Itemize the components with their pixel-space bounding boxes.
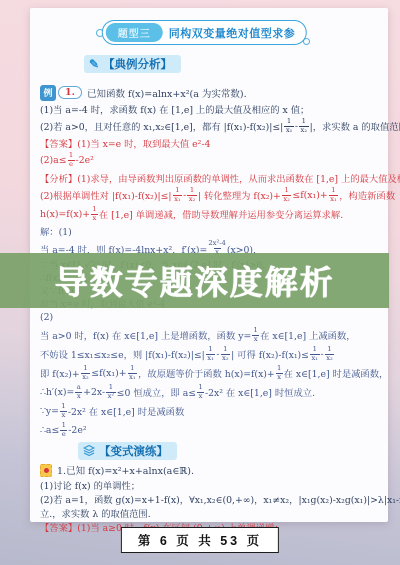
example-number: 1. xyxy=(58,86,82,99)
section-header-analysis: ✎ 【典例分析】 xyxy=(84,55,181,73)
problem-lines: (1)当 a=-4 时，求函数 f(x) 在 [1,e] 上的最大值及相应的 x… xyxy=(40,101,388,136)
text-line: 【答案】(1)当 x=e 时，取到最大值 e²-4 xyxy=(40,136,388,152)
variant-row: 1.已知 f(x)=x²+x+alnx(a∈ℝ). xyxy=(40,463,388,478)
section-label: 【典例分析】 xyxy=(103,56,172,72)
text-line: 解：(1) xyxy=(40,224,388,240)
watermark-text: 导数专题深度解析 xyxy=(55,257,335,304)
solution-lines-pre: 【答案】(1)当 x=e 时，取到最大值 e²-4(2)a≤1e-2e²【分析】… xyxy=(40,136,388,259)
variant-lines: (1)讨论 f(x) 的单调性；(2)若 a=1，函数 g(x)=x+1-f(x… xyxy=(40,478,388,534)
document-photo: 题型三 同构双变量绝对值型求参 ✎ 【典例分析】 例 1. 已知函数 f(x)=… xyxy=(0,0,400,565)
text-line: ∴h′(x)=ax+2x-1x²≤0 恒成立，即 a≤1x-2x² 在 x∈[1… xyxy=(40,383,388,402)
text-line: (2) xyxy=(40,310,388,326)
text-line: h(x)=f(x)+1x 在 [1,e] 单调递减，借助导数理解并运用参变分离运… xyxy=(40,205,388,224)
text-line: ∵y=1x-2x² 在 x∈[1,e] 时是减函数 xyxy=(40,402,388,421)
text-line: (2)若 a>0，且对任意的 x₁,x₂∈[1,e]，都有 |f(x₁)-f(x… xyxy=(40,117,388,136)
topic-tag: 题型三 xyxy=(106,23,163,42)
layers-icon xyxy=(83,445,95,456)
text-line: 当 a>0 时，f(x) 在 x∈[1,e] 上是增函数，函数 y=1x 在 x… xyxy=(40,326,388,345)
content-column: 例 1. 已知函数 f(x)=alnx+x²(a 为实常数). (1)当 a=-… xyxy=(40,84,388,534)
topic-title: 同构双变量绝对值型求参 xyxy=(169,25,296,41)
text-line: 【分析】(1)求导，由导函数判出原函数的单调性，从而求出函数在 [1,e] 上的… xyxy=(40,170,388,186)
text-line: 即 f(x₂)+1x₂≤f(x₁)+1x₁，故原题等价于函数 h(x)=f(x)… xyxy=(40,364,388,383)
text-line: (2)若 a=1，函数 g(x)=x+1-f(x)，∀x₁,x₂∈(0,+∞)，… xyxy=(40,492,388,506)
text-line: (1)当 a=-4 时，求函数 f(x) 在 [1,e] 上的最大值及相应的 x… xyxy=(40,101,388,117)
page-number: 第 6 页 共 53 页 xyxy=(138,534,262,548)
example-row: 例 1. 已知函数 f(x)=alnx+x²(a 为实常数). xyxy=(40,84,388,101)
watermark-overlay: 导数专题深度解析 xyxy=(0,253,389,308)
text-line: (2)a≤1e-2e² xyxy=(40,151,388,170)
section-header-variant: 【变式演练】 xyxy=(78,442,177,460)
pencil-icon: ✎ xyxy=(89,58,99,70)
text-line: (2)根据单调性对 |f(x₁)-f(x₂)|≤|1x₁-1x₂| 转化整理为 … xyxy=(40,186,388,205)
exercise-marker-icon xyxy=(40,464,52,477)
page-footer-box: 第 6 页 共 53 页 xyxy=(121,527,279,553)
topic-badge: 题型三 同构双变量绝对值型求参 xyxy=(102,20,307,45)
example-badge: 例 xyxy=(40,85,56,101)
solution-lines-post: (2)当 a>0 时，f(x) 在 x∈[1,e] 上是增函数，函数 y=1x … xyxy=(40,310,388,440)
text-line: 立.，求实数 λ 的取值范围. xyxy=(40,506,388,520)
section-label: 【变式演练】 xyxy=(99,443,168,459)
variant-statement: 1.已知 f(x)=x²+x+alnx(a∈ℝ). xyxy=(57,463,194,477)
example-statement: 已知函数 f(x)=alnx+x²(a 为实常数). xyxy=(87,86,247,100)
text-line: (1)讨论 f(x) 的单调性； xyxy=(40,478,388,492)
text-line: 不妨设 1≤x₁≤x₂≤e，则 |f(x₁)-f(x₂)|≤|1x₁-1x₂| … xyxy=(40,345,388,364)
text-line: ∴a≤1e-2e² xyxy=(40,421,388,440)
